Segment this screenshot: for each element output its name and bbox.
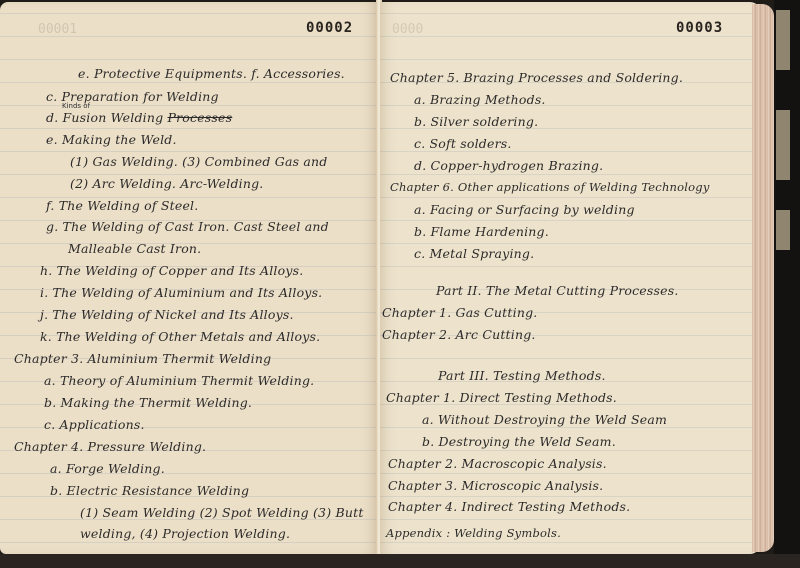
toc-line: d. Fusion Welding Processes [46, 110, 232, 125]
chapter-heading: Chapter 1. Direct Testing Methods. [386, 390, 617, 405]
toc-line: b. Destroying the Weld Seam. [422, 434, 616, 449]
chapter-heading: Chapter 6. Other applications of Welding… [390, 180, 710, 194]
chapter-heading: Chapter 4. Pressure Welding. [14, 439, 206, 454]
toc-line: j. The Welding of Nickel and Its Alloys. [40, 307, 294, 322]
toc-line: c. Metal Spraying. [414, 246, 534, 261]
right-page: 0000 00003 Chapter 5. Brazing Processes … [380, 2, 760, 554]
page-edges [752, 4, 774, 552]
part-heading: Part III. Testing Methods. [438, 368, 606, 383]
toc-line: a. Without Destroying the Weld Seam [422, 412, 667, 427]
page-number-stamp: 00002 [306, 20, 353, 36]
toc-line: (1) Seam Welding (2) Spot Welding (3) Bu… [80, 505, 364, 520]
struck-word: Processes [168, 110, 233, 125]
toc-line: c. Soft solders. [414, 136, 512, 151]
bottom-shadow [0, 554, 800, 568]
appendix-line: Appendix : Welding Symbols. [386, 526, 561, 540]
toc-line: (2) Arc Welding. Arc-Welding. [70, 176, 263, 191]
chapter-heading: Chapter 2. Arc Cutting. [382, 327, 536, 342]
chapter-heading: Chapter 4. Indirect Testing Methods. [388, 499, 630, 514]
toc-line: c. Applications. [44, 417, 145, 432]
bleed-through-number: 00001 [38, 22, 77, 37]
toc-line: (1) Gas Welding. (3) Combined Gas and [70, 154, 328, 169]
toc-line: Malleable Cast Iron. [68, 241, 201, 256]
toc-line: a. Theory of Aluminium Thermit Welding. [44, 373, 314, 388]
torn-fragment [776, 210, 790, 250]
notebook-spread: 00001 00002 e. Protective Equipments. f.… [0, 0, 800, 568]
chapter-heading: Chapter 3. Microscopic Analysis. [388, 478, 603, 493]
toc-line: i. The Welding of Aluminium and Its Allo… [40, 285, 322, 300]
chapter-heading: Chapter 1. Gas Cutting. [382, 305, 537, 320]
toc-line: e. Protective Equipments. f. Accessories… [78, 66, 345, 81]
toc-line: b. Flame Hardening. [414, 224, 549, 239]
torn-fragment [776, 110, 790, 180]
left-page: 00001 00002 e. Protective Equipments. f.… [0, 2, 378, 554]
page-number-stamp: 00003 [676, 20, 723, 36]
toc-line: a. Brazing Methods. [414, 92, 546, 107]
toc-line: d. Copper-hydrogen Brazing. [414, 158, 603, 173]
toc-line: a. Forge Welding. [50, 461, 165, 476]
bleed-through-number: 0000 [392, 22, 423, 37]
toc-line: a. Facing or Surfacing by welding [414, 202, 635, 217]
part-heading: Part II. The Metal Cutting Processes. [436, 283, 679, 298]
toc-line: b. Electric Resistance Welding [50, 483, 249, 498]
torn-fragment [776, 10, 790, 70]
torn-cover [774, 0, 800, 568]
insertion-note: Kinds of [62, 102, 90, 110]
toc-line-text: d. Fusion Welding [46, 110, 163, 125]
toc-line: b. Silver soldering. [414, 114, 538, 129]
toc-line: k. The Welding of Other Metals and Alloy… [40, 329, 320, 344]
toc-line: f. The Welding of Steel. [46, 198, 198, 213]
toc-line: welding, (4) Projection Welding. [80, 526, 290, 541]
toc-line: e. Making the Weld. [46, 132, 177, 147]
chapter-heading: Chapter 3. Aluminium Thermit Welding [14, 351, 271, 366]
toc-line: g. The Welding of Cast Iron. Cast Steel … [46, 219, 329, 234]
chapter-heading: Chapter 2. Macroscopic Analysis. [388, 456, 607, 471]
chapter-heading: Chapter 5. Brazing Processes and Solderi… [390, 70, 683, 85]
toc-line: b. Making the Thermit Welding. [44, 395, 252, 410]
toc-line: h. The Welding of Copper and Its Alloys. [40, 263, 303, 278]
